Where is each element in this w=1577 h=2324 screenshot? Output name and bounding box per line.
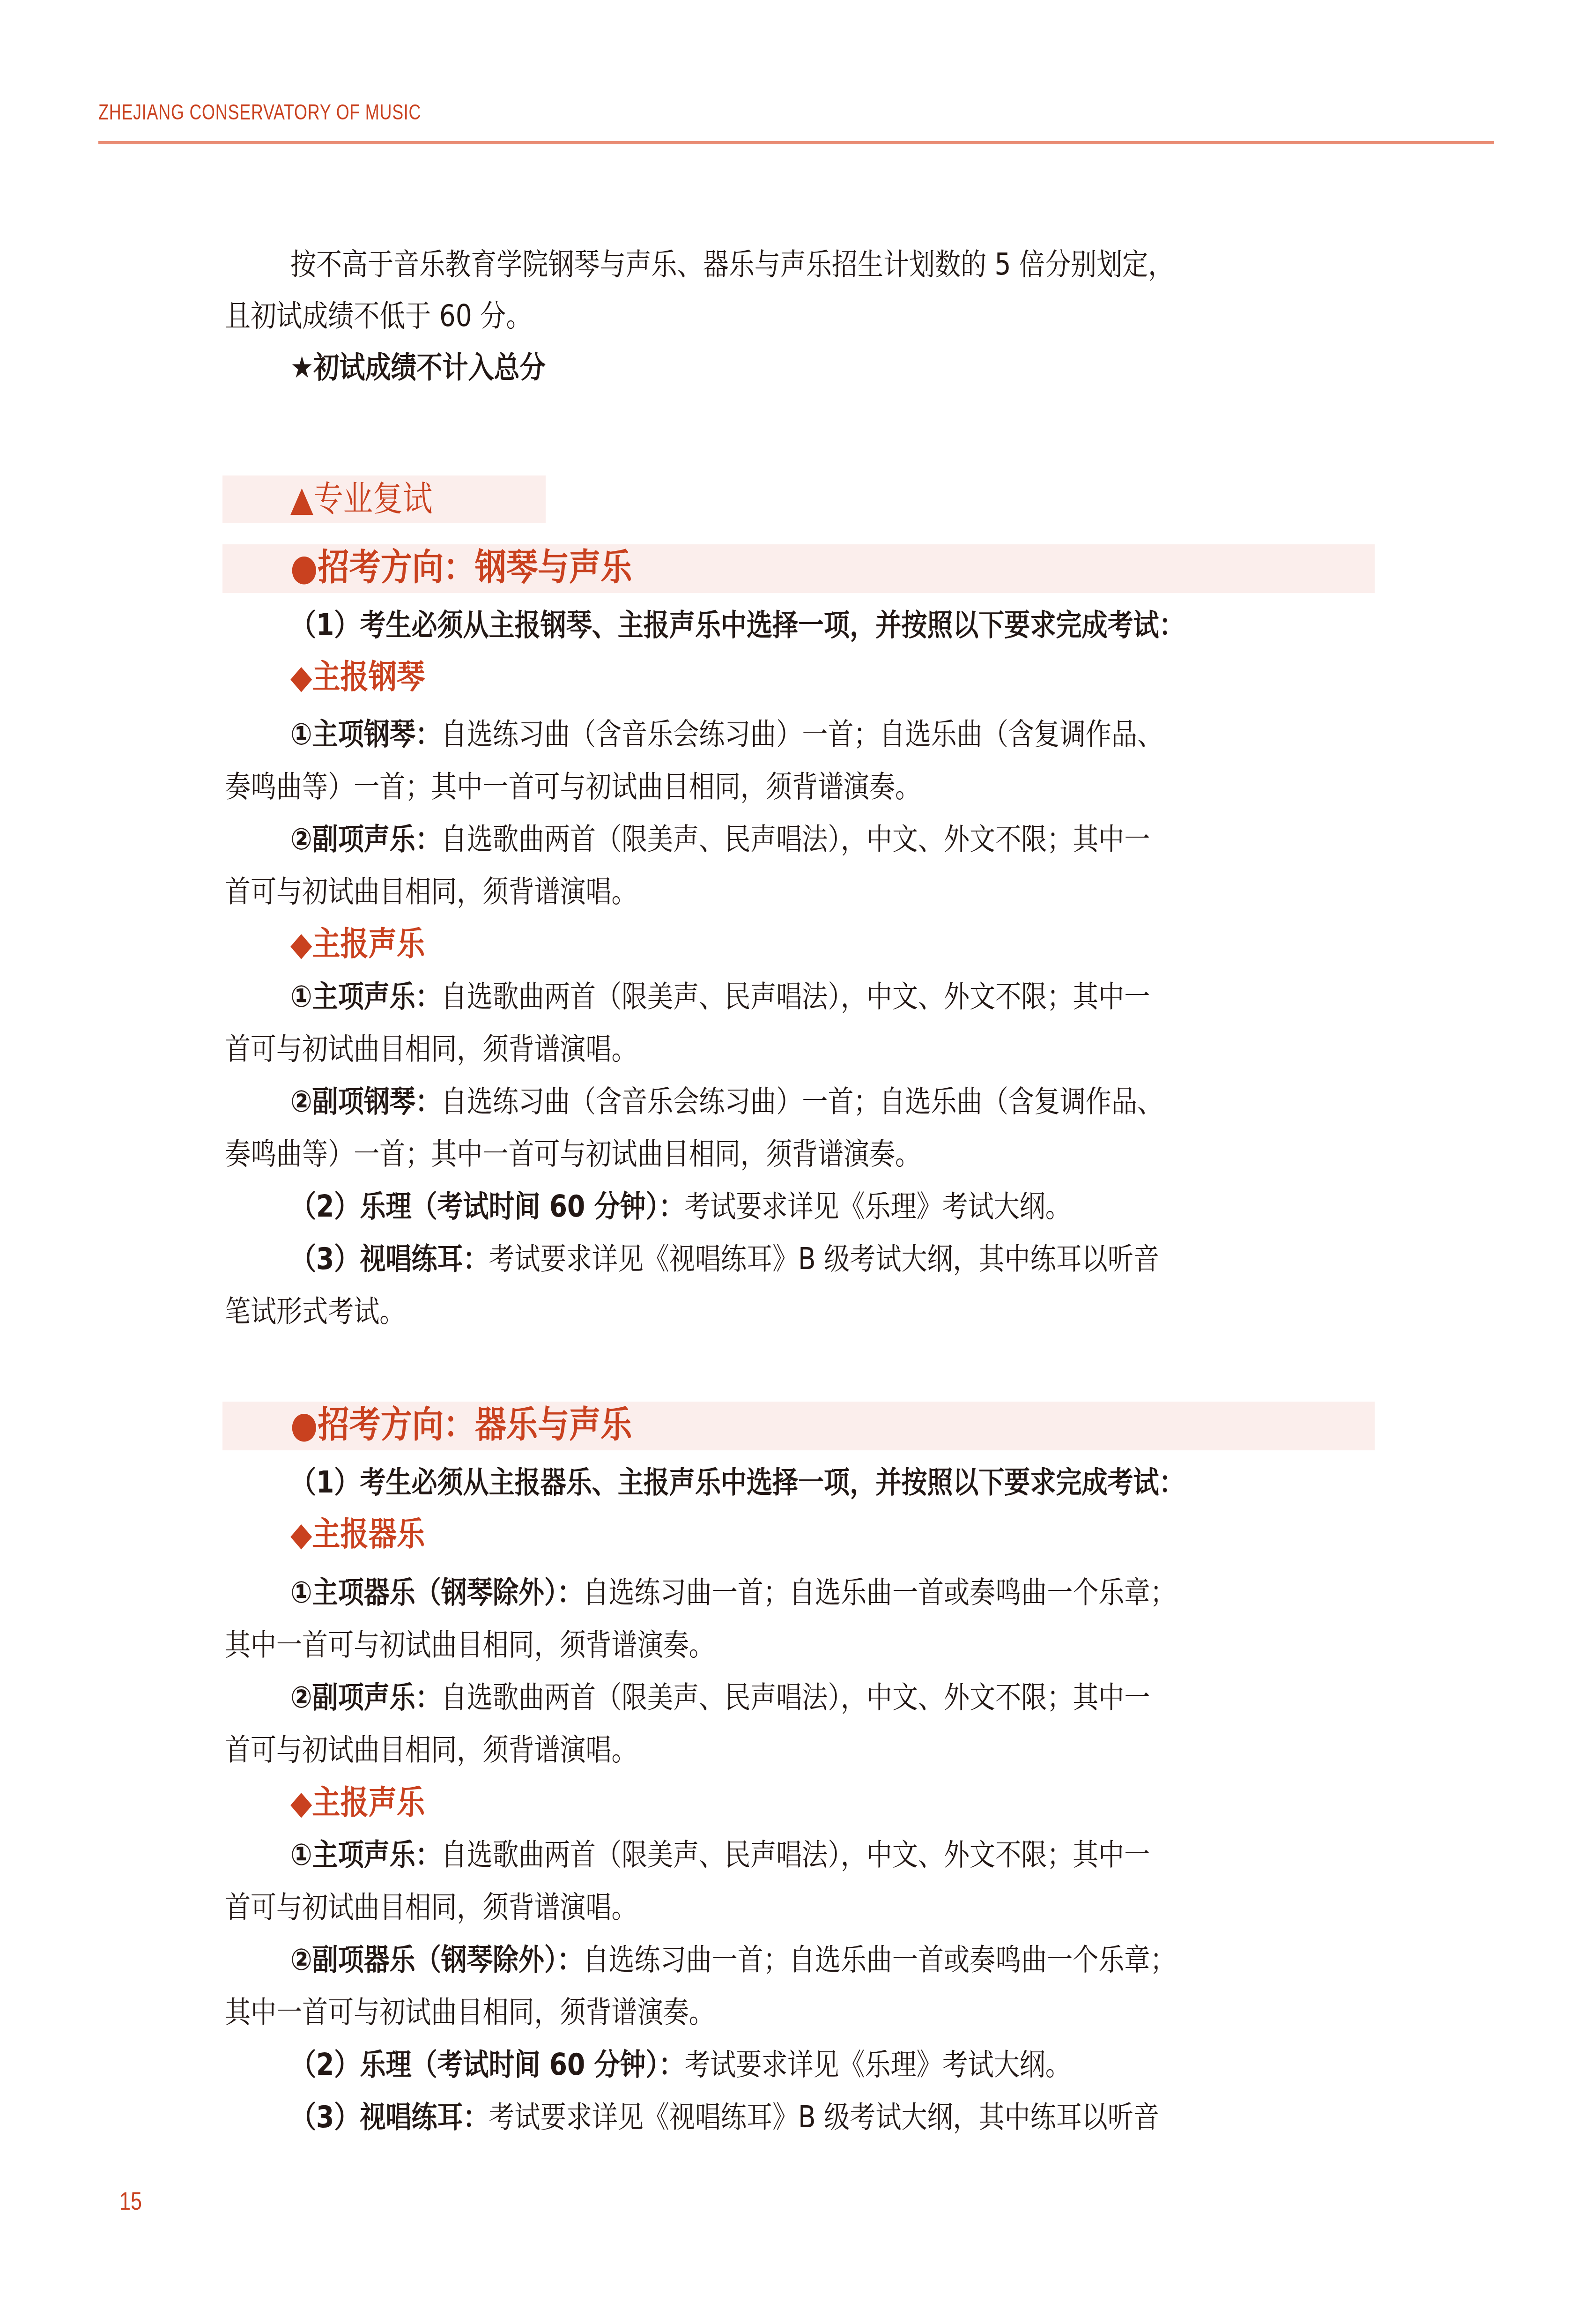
- direction-2-group-1-item-2-cont: 首可与初试曲目相同，须背谱演唱。: [225, 1731, 637, 1769]
- direction-1-group-2-item-2: ②副项钢琴：自选练习曲（含音乐会练习曲）一首；自选乐曲（含复调作品、: [290, 1083, 1163, 1121]
- header-title: ZHEJIANG CONSERVATORY OF MUSIC: [98, 99, 421, 125]
- item-text: 自选歌曲两首（限美声、民声唱法），中文、外文不限；其中一: [441, 1838, 1150, 1872]
- item-text: 自选歌曲两首（限美声、民声唱法），中文、外文不限；其中一: [441, 822, 1150, 857]
- direction-1-group-2-item-2-cont: 奏鸣曲等）一首；其中一首可与初试曲目相同，须背谱演奏。: [225, 1136, 921, 1173]
- direction-2-group-2-item-1: ①主项声乐：自选歌曲两首（限美声、民声唱法），中文、外文不限；其中一: [290, 1836, 1150, 1874]
- item-text: 自选练习曲一首；自选乐曲一首或奏鸣曲一个乐章；: [583, 1943, 1176, 1977]
- req-label: （2）乐理（考试时间 60 分钟）：: [290, 2048, 684, 2082]
- direction-1-title: ●招考方向：钢琴与声乐: [290, 549, 632, 587]
- direction-2-group-2-item-1-cont: 首可与初试曲目相同，须背谱演唱。: [225, 1889, 637, 1926]
- item-label: ②副项器乐（钢琴除外）：: [290, 1943, 583, 1977]
- req-label: （2）乐理（考试时间 60 分钟）：: [290, 1189, 684, 1224]
- item-label: ①主项钢琴：: [290, 717, 441, 752]
- direction-1-group-2-item-1: ①主项声乐：自选歌曲两首（限美声、民声唱法），中文、外文不限；其中一: [290, 978, 1150, 1016]
- item-label: ②副项钢琴：: [290, 1084, 441, 1119]
- direction-2-group-1-title: ◆主报器乐: [290, 1515, 425, 1553]
- direction-2-group-2-item-2-cont: 其中一首可与初试曲目相同，须背谱演奏。: [225, 1994, 715, 2031]
- direction-1-group-1-item-1: ①主项钢琴：自选练习曲（含音乐会练习曲）一首；自选乐曲（含复调作品、: [290, 716, 1163, 753]
- direction-1-group-1-item-2-cont: 首可与初试曲目相同，须背谱演唱。: [225, 873, 637, 911]
- direction-1-req3-cont: 笔试形式考试。: [225, 1293, 405, 1330]
- direction-2-group-2-title: ◆主报声乐: [290, 1784, 425, 1821]
- intro-line-2: 且初试成绩不低于 60 分。: [225, 297, 532, 335]
- page-number: 15: [119, 2187, 142, 2216]
- item-label: ①主项声乐：: [290, 980, 441, 1014]
- item-text: 自选练习曲（含音乐会练习曲）一首；自选乐曲（含复调作品、: [441, 717, 1163, 752]
- req-text: 考试要求详见《视唱练耳》B 级考试大纲，其中练耳以听音: [489, 1242, 1159, 1277]
- intro-note: ★初试成绩不计入总分: [290, 349, 546, 386]
- item-text: 自选歌曲两首（限美声、民声唱法），中文、外文不限；其中一: [441, 980, 1150, 1014]
- req-label: （3）视唱练耳：: [290, 2100, 489, 2135]
- direction-2-group-2-item-2: ②副项器乐（钢琴除外）：自选练习曲一首；自选乐曲一首或奏鸣曲一个乐章；: [290, 1941, 1176, 1979]
- req-text: 考试要求详见《乐理》考试大纲。: [684, 1189, 1071, 1224]
- item-text: 自选歌曲两首（限美声、民声唱法），中文、外文不限；其中一: [441, 1680, 1150, 1715]
- direction-2-req3: （3）视唱练耳：考试要求详见《视唱练耳》B 级考试大纲，其中练耳以听音: [290, 2099, 1159, 2136]
- item-label: ②副项声乐：: [290, 1680, 441, 1715]
- item-text: 自选练习曲一首；自选乐曲一首或奏鸣曲一个乐章；: [583, 1575, 1176, 1610]
- direction-2-group-1-item-1: ①主项器乐（钢琴除外）：自选练习曲一首；自选乐曲一首或奏鸣曲一个乐章；: [290, 1574, 1176, 1611]
- direction-2-req1: （1）考生必须从主报器乐、主报声乐中选择一项，并按照以下要求完成考试：: [290, 1464, 1185, 1501]
- direction-1-req3: （3）视唱练耳：考试要求详见《视唱练耳》B 级考试大纲，其中练耳以听音: [290, 1240, 1159, 1278]
- direction-1-req1: （1）考生必须从主报钢琴、主报声乐中选择一项，并按照以下要求完成考试：: [290, 607, 1185, 644]
- section-heading: ▲专业复试: [290, 480, 433, 518]
- item-label: ②副项声乐：: [290, 822, 441, 857]
- item-label: ①主项器乐（钢琴除外）：: [290, 1575, 583, 1610]
- direction-1-group-1-item-2: ②副项声乐：自选歌曲两首（限美声、民声唱法），中文、外文不限；其中一: [290, 821, 1150, 858]
- direction-1-group-1-title: ◆主报钢琴: [290, 658, 425, 696]
- direction-2-req2: （2）乐理（考试时间 60 分钟）：考试要求详见《乐理》考试大纲。: [290, 2046, 1071, 2084]
- direction-1-group-1-item-1-cont: 奏鸣曲等）一首；其中一首可与初试曲目相同，须背谱演奏。: [225, 768, 921, 806]
- item-label: ①主项声乐：: [290, 1838, 441, 1872]
- item-text: 自选练习曲（含音乐会练习曲）一首；自选乐曲（含复调作品、: [441, 1084, 1163, 1119]
- req-text: 考试要求详见《视唱练耳》B 级考试大纲，其中练耳以听音: [489, 2100, 1159, 2135]
- intro-line-1: 按不高于音乐教育学院钢琴与声乐、器乐与声乐招生计划数的 5 倍分别划定，: [290, 246, 1174, 283]
- req-label: （3）视唱练耳：: [290, 1242, 489, 1277]
- direction-1-req2: （2）乐理（考试时间 60 分钟）：考试要求详见《乐理》考试大纲。: [290, 1188, 1071, 1225]
- direction-1-group-2-item-1-cont: 首可与初试曲目相同，须背谱演唱。: [225, 1031, 637, 1068]
- direction-2-group-1-item-1-cont: 其中一首可与初试曲目相同，须背谱演奏。: [225, 1626, 715, 1664]
- req-text: 考试要求详见《乐理》考试大纲。: [684, 2048, 1071, 2082]
- header-rule: [98, 141, 1494, 144]
- direction-2-title: ●招考方向：器乐与声乐: [290, 1406, 632, 1444]
- direction-2-group-1-item-2: ②副项声乐：自选歌曲两首（限美声、民声唱法），中文、外文不限；其中一: [290, 1679, 1150, 1716]
- direction-1-group-2-title: ◆主报声乐: [290, 925, 425, 963]
